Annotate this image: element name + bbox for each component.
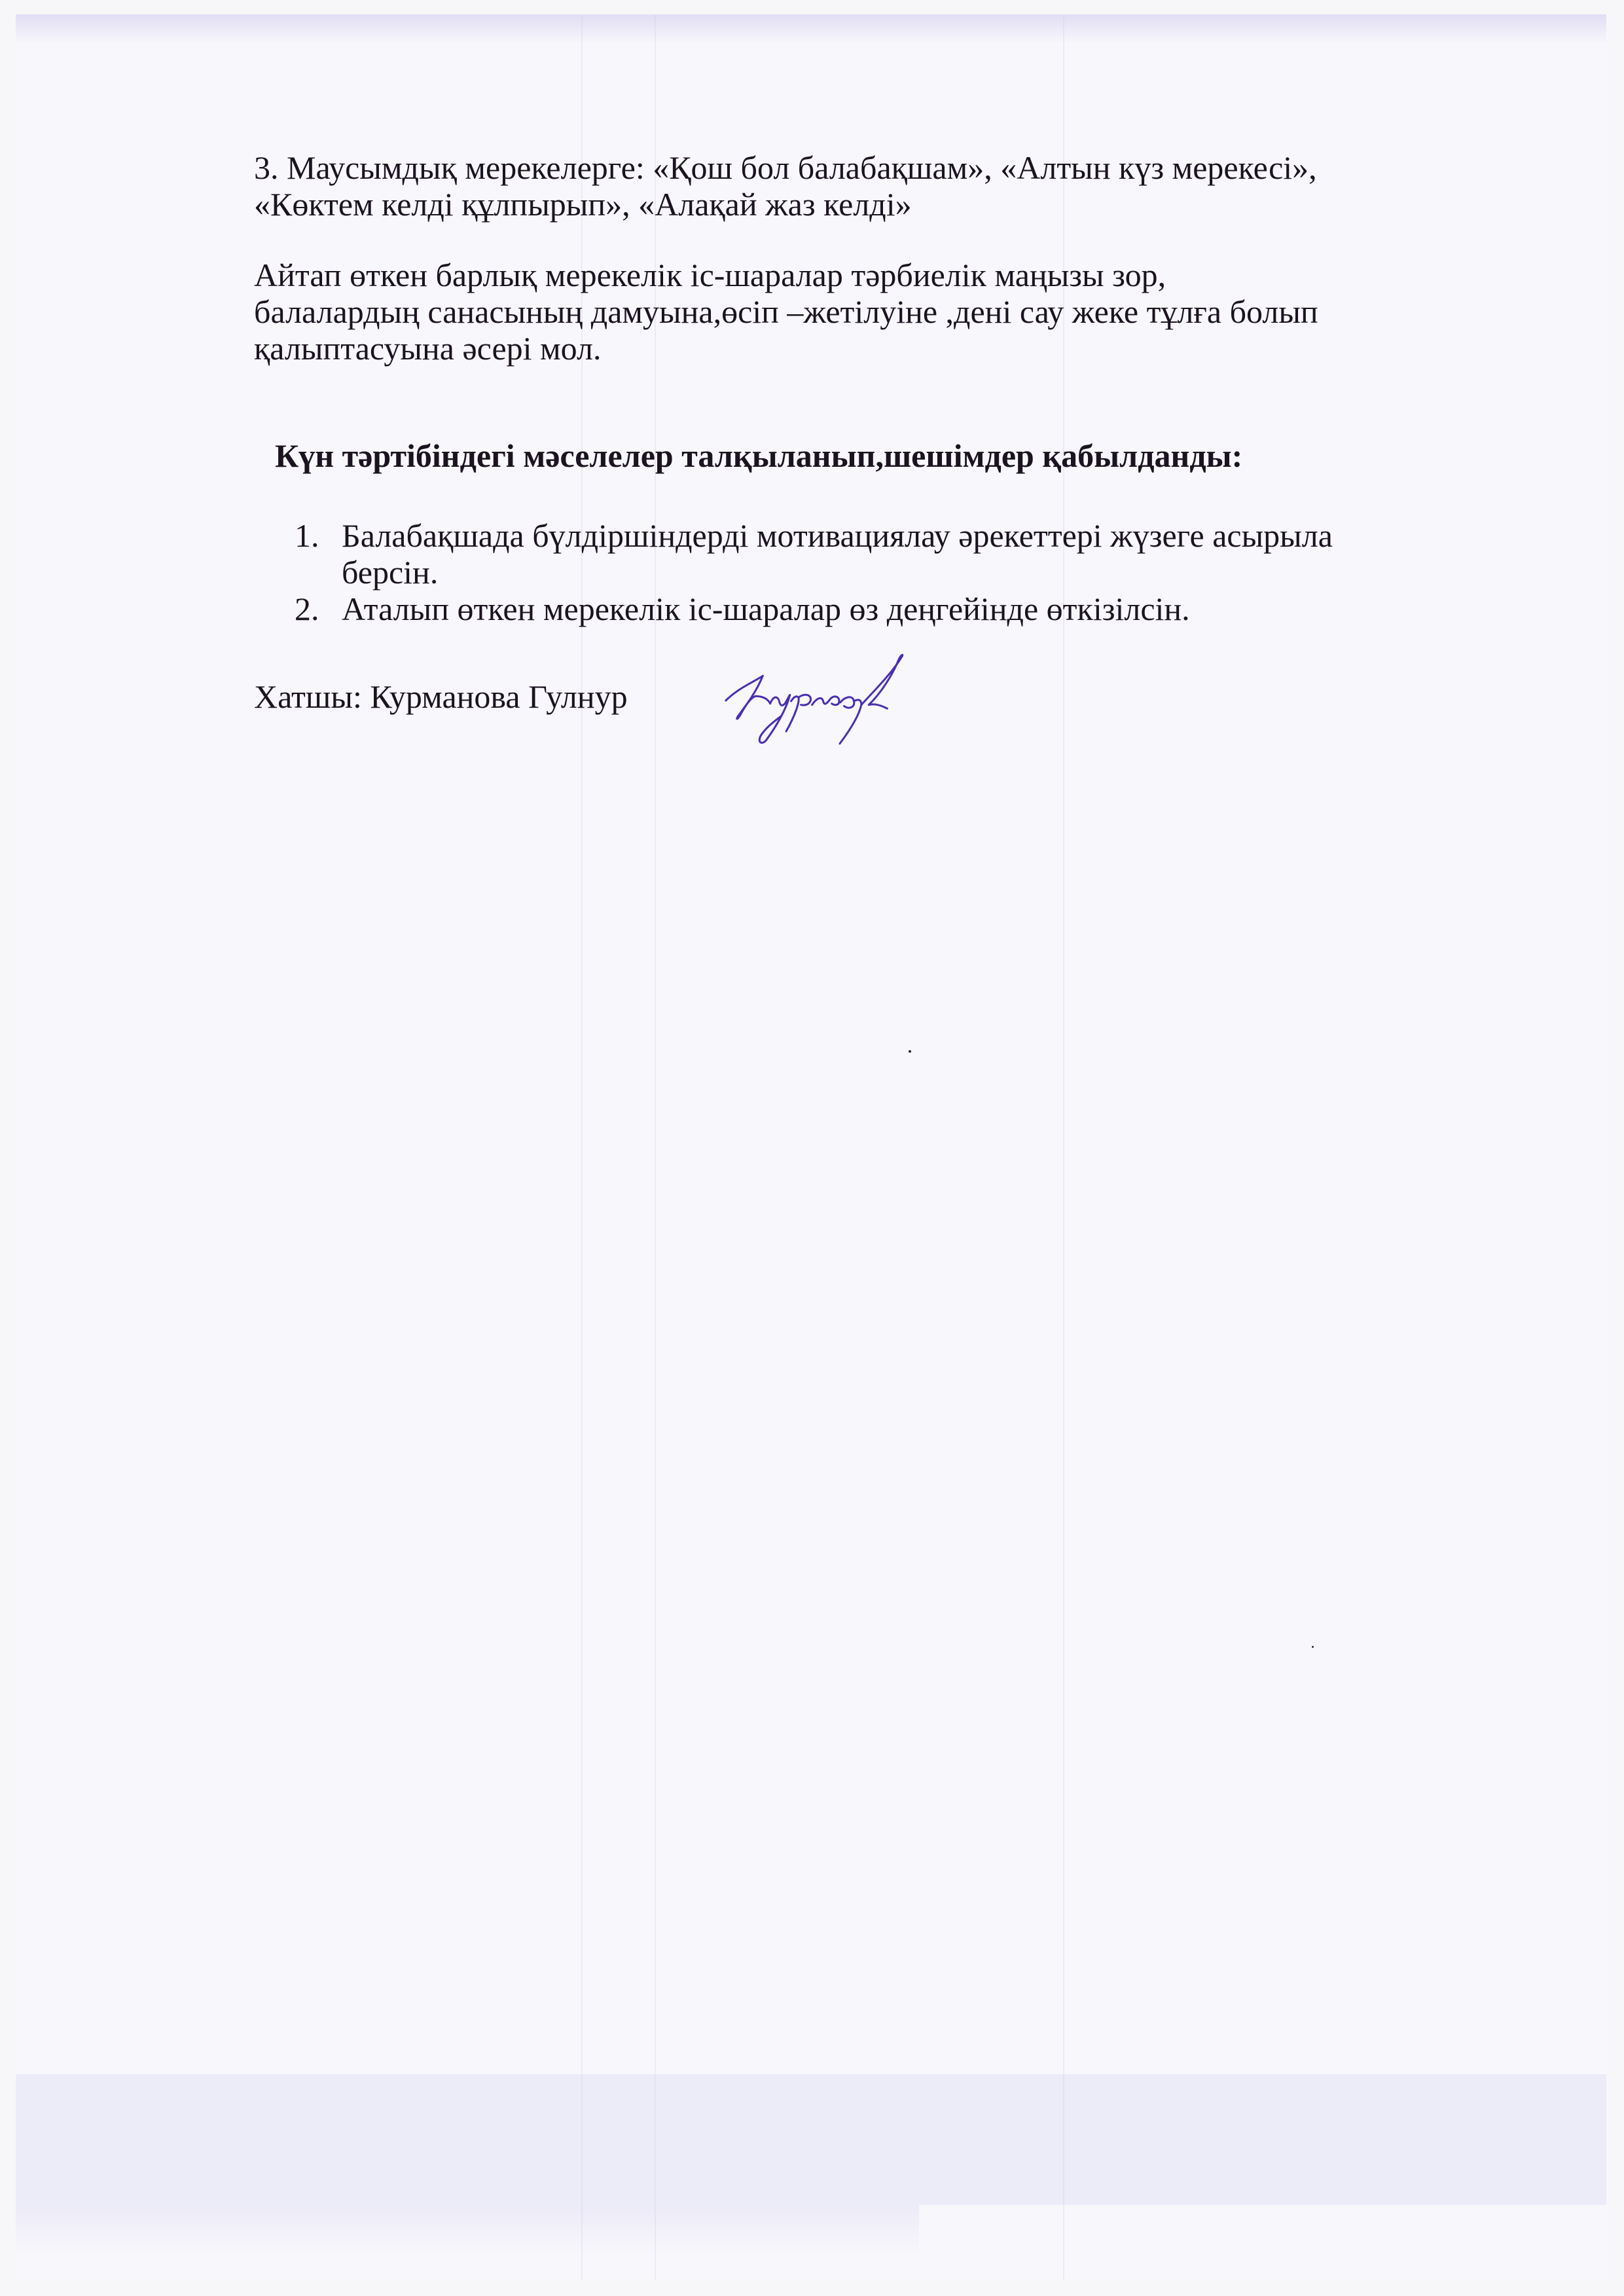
scan-artifact-bottom-fade [16, 2205, 919, 2257]
signature-icon [713, 645, 923, 756]
list-item: 1. Балабақшада бүлдіршіндерді мотивациял… [295, 517, 1473, 591]
list-line: Аталып өткен мерекелік іс-шаралар өз дең… [342, 591, 1473, 627]
paragraph-line: балалардың санасының дамуына,өсіп –жетіл… [254, 293, 1478, 330]
list-item: 2. Аталып өткен мерекелік іс-шаралар өз … [295, 591, 1473, 627]
secretary-line: Хатшы: Курманова Гулнур [254, 678, 628, 715]
scan-artifact-bottom [16, 2074, 1606, 2205]
scan-speck [1312, 1646, 1314, 1648]
paragraph-line: «Көктем келді құлпырып», «Алақай жаз кел… [254, 186, 1478, 223]
paragraph-summary: Айтап өткен барлық мерекелік іс-шаралар … [254, 257, 1478, 367]
paragraph-line: 3. Маусымдық мерекелерге: «Қош бол балаб… [254, 149, 1478, 186]
scan-artifact-top [16, 14, 1606, 44]
paragraph-seasonal-holidays: 3. Маусымдық мерекелерге: «Қош бол балаб… [254, 149, 1478, 223]
paragraph-line: қалыптасуына әсері мол. [254, 330, 1478, 367]
list-text: Балабақшада бүлдіршіндерді мотивациялау … [342, 517, 1473, 591]
list-line: берсін. [342, 554, 1473, 591]
decisions-heading: Күн тәртібіндегі мәселелер талқыланып,ше… [275, 437, 1242, 474]
list-number: 2. [295, 591, 342, 627]
list-text: Аталып өткен мерекелік іс-шаралар өз дең… [342, 591, 1473, 627]
decisions-list: 1. Балабақшада бүлдіршіндерді мотивациял… [295, 517, 1473, 627]
list-number: 1. [295, 517, 342, 591]
scan-speck [909, 1050, 911, 1053]
list-line: Балабақшада бүлдіршіндерді мотивациялау … [342, 517, 1473, 554]
paragraph-line: Айтап өткен барлық мерекелік іс-шаралар … [254, 257, 1478, 293]
